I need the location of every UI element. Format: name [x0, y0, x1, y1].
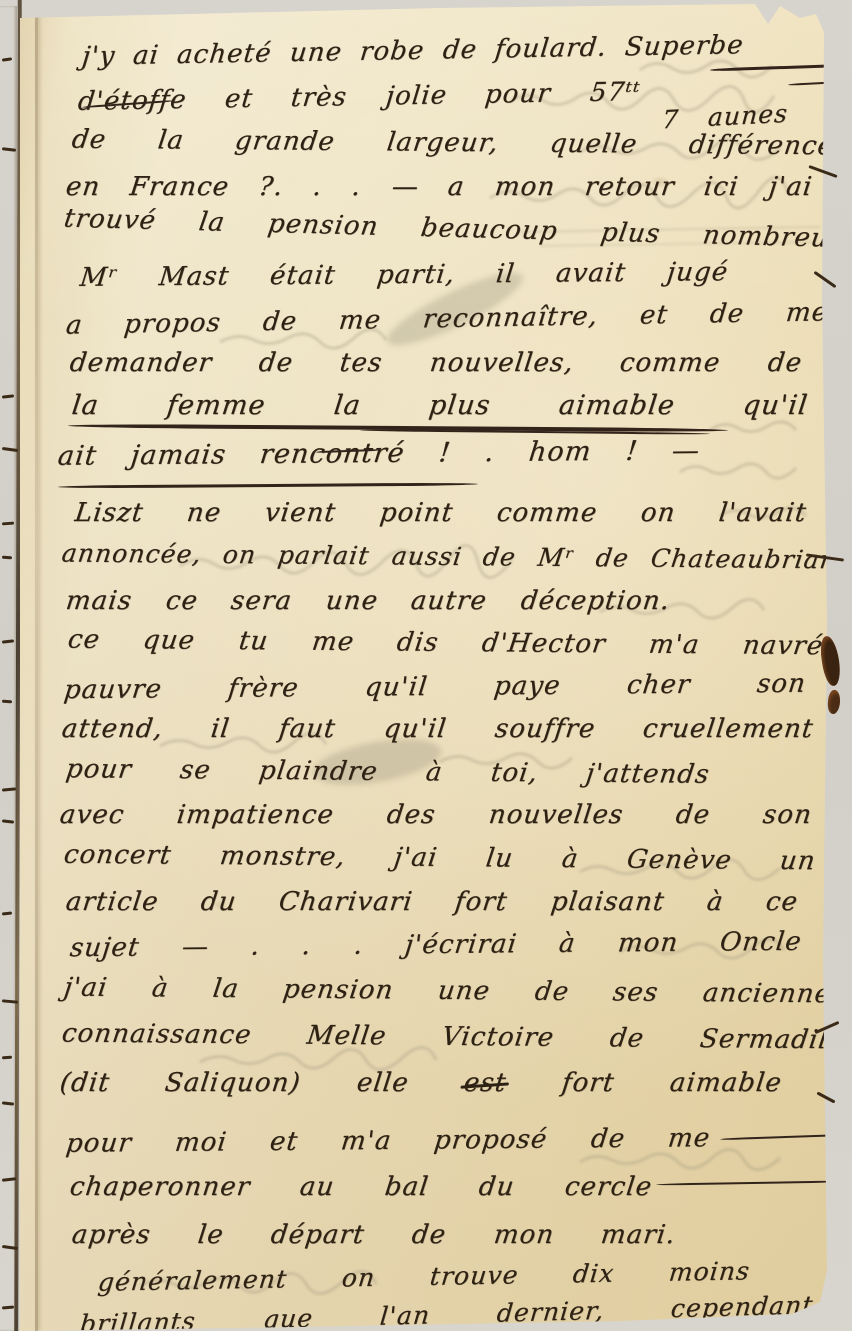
word: fort	[454, 887, 510, 917]
word: ce	[164, 586, 200, 616]
word: Superbe	[624, 30, 746, 62]
word: avec	[58, 800, 126, 830]
word: vient	[263, 498, 338, 528]
word: départ	[269, 1220, 366, 1250]
word: beaucoup	[419, 213, 560, 246]
word: pour	[64, 1128, 133, 1159]
word: moi	[173, 1127, 228, 1157]
word: trouve	[428, 1260, 520, 1291]
word: quelle	[548, 129, 639, 160]
word: navrée	[741, 631, 842, 662]
word: frère	[227, 673, 301, 704]
word: l'avait	[717, 498, 808, 528]
word: reconnaître,	[421, 301, 599, 334]
word: !	[624, 436, 639, 467]
word: et	[638, 300, 669, 331]
word: on	[221, 540, 258, 569]
word: Melle	[305, 1021, 388, 1052]
word: à	[150, 973, 171, 1003]
word: parlait	[276, 540, 371, 570]
manuscript-line: (ditSaliquon)elleestfortaimable	[60, 1068, 782, 1098]
manuscript-line: trouvélapensionbeaucoupplusnombreuse	[64, 204, 852, 255]
word: monstre,	[218, 841, 348, 872]
word: la	[197, 207, 227, 238]
manuscript-line: delagrandelargeur,quelledifférence	[72, 125, 834, 162]
word: plus	[598, 218, 662, 249]
manuscript-line: aitjamaisrencontré!.hom!—	[58, 435, 700, 472]
word: une	[436, 976, 492, 1006]
word: lu	[484, 843, 515, 873]
word: se	[178, 755, 213, 785]
word: cher	[625, 670, 692, 701]
word: Saliquon)	[164, 1068, 303, 1098]
word: anciennes	[701, 978, 848, 1009]
word: très	[290, 82, 349, 113]
word: m'a	[339, 1126, 393, 1156]
word: acheté	[176, 38, 274, 70]
word: de	[481, 542, 518, 571]
word: la	[211, 974, 241, 1004]
word: qu'il	[741, 390, 810, 421]
word: demander	[68, 348, 214, 378]
manuscript-line: enFrance?...—amonretouricij'ai	[66, 172, 812, 202]
word: Mʳ	[536, 543, 576, 572]
word: plaisant	[549, 887, 666, 917]
word: .	[249, 932, 262, 962]
word: .	[352, 931, 365, 961]
word: comme	[619, 348, 723, 378]
manuscript-line: articleduCharivarifortplaisantàce	[66, 887, 798, 917]
word: —	[390, 172, 421, 202]
word: mais	[64, 586, 134, 616]
manuscript-line: j'aiàlapensionunedesesanciennes	[64, 973, 846, 1010]
ink-underline	[788, 80, 852, 86]
word: Victoire	[440, 1022, 556, 1053]
word: le	[196, 1220, 226, 1250]
word: Mast	[157, 262, 231, 293]
word: retour	[583, 172, 676, 202]
word: cruellement	[642, 714, 816, 744]
manuscript-line: cequetumedisd'Hectorm'anavrée	[68, 625, 840, 662]
word: Mʳ	[78, 262, 119, 292]
word: —	[180, 932, 211, 962]
manuscript-line: aprèsledépartdemonmari.	[72, 1220, 676, 1250]
word: (dit	[58, 1068, 112, 1098]
word: de	[262, 307, 299, 338]
word: de	[608, 1023, 646, 1053]
word: .	[311, 172, 324, 202]
word: j'ai	[62, 973, 109, 1003]
word: du	[199, 887, 238, 917]
word: déception.	[519, 586, 672, 616]
word: a	[447, 172, 467, 202]
manuscript-line: maisceserauneautredéception.	[66, 586, 670, 616]
word: mari.	[599, 1220, 677, 1250]
word: de	[674, 800, 712, 830]
word: une	[289, 37, 344, 68]
word: j'attends	[584, 759, 712, 790]
word: de	[441, 35, 478, 66]
word: mon	[493, 172, 557, 202]
word: cependant	[670, 1290, 815, 1323]
word: chaperonner	[68, 1172, 252, 1202]
word: proposé	[432, 1125, 549, 1156]
manuscript-line: pauvrefrèrequ'ilpayecherson	[64, 669, 806, 705]
word: sera	[229, 586, 294, 616]
ink-underline	[656, 1180, 846, 1185]
word: mon	[492, 1220, 556, 1250]
word: pour	[484, 79, 553, 110]
word: .	[300, 931, 313, 961]
word: était	[268, 261, 337, 292]
word: a	[64, 310, 84, 340]
word: Liszt	[73, 498, 145, 528]
word: Chateaubriand	[649, 544, 852, 575]
word: me	[666, 1123, 712, 1153]
binding-wax-spot	[827, 689, 841, 714]
manuscript-line: pourseplaindreàtoi,j'attends	[66, 754, 710, 790]
word: cercle	[563, 1172, 654, 1202]
word: j'écrirai	[403, 929, 518, 960]
word: connaissance	[60, 1019, 254, 1051]
word: pour	[64, 754, 134, 785]
manuscript-line: attend,ilfautqu'ilsouffrecruellement	[62, 714, 814, 744]
word: aimable	[668, 1068, 784, 1098]
word: hom	[527, 436, 593, 468]
word: tu	[237, 626, 270, 656]
word: mon	[616, 928, 680, 959]
word: de	[70, 125, 108, 155]
word: ai	[132, 40, 161, 71]
word: qu'il	[364, 672, 430, 703]
word: de	[533, 977, 571, 1007]
word: me	[337, 305, 382, 336]
word: tes	[338, 348, 384, 378]
word: femme	[165, 390, 267, 421]
word: concert	[62, 840, 173, 871]
word: jamais	[129, 439, 228, 471]
manuscript-line: j'yaiachetéunerobedefoulard.Superbe	[82, 30, 744, 72]
manuscript-line: d'étoffeettrèsjoliepour57ᵗᵗ	[78, 77, 640, 117]
word: en	[64, 172, 102, 202]
word: aimable	[557, 390, 677, 421]
word: sujet	[68, 933, 141, 964]
word: la	[332, 390, 363, 421]
word: j'y	[80, 41, 116, 72]
ink-underline	[720, 1134, 852, 1141]
word: souffre	[493, 714, 597, 744]
word: aunes	[707, 99, 789, 132]
word: la	[156, 125, 186, 155]
word: différence	[687, 130, 836, 161]
manuscript-line: chaperonneraubalducercle	[70, 1172, 652, 1202]
word: il	[494, 259, 516, 289]
word: de	[766, 348, 804, 378]
word: nouvelles	[487, 800, 625, 830]
manuscript-line: demanderdetesnouvelles,commede	[70, 348, 802, 378]
word: la	[70, 390, 101, 421]
word: des	[385, 800, 437, 830]
word: me	[310, 627, 356, 657]
word: propos	[123, 308, 223, 340]
word: paye	[493, 671, 563, 702]
word: bal	[383, 1172, 430, 1202]
word: annoncée,	[60, 539, 204, 569]
word: !	[437, 437, 452, 468]
word: de	[410, 1220, 448, 1250]
word: me	[784, 297, 829, 328]
word: à	[560, 844, 581, 874]
word: plus	[427, 390, 492, 421]
word: comme	[495, 498, 599, 528]
manuscript-line: connaissanceMelleVictoiredeSermadille	[62, 1019, 852, 1056]
manuscript-line: annoncée,onparlaitaussideMʳdeChateaubria…	[62, 539, 852, 575]
word: pension	[266, 209, 381, 242]
word: que	[142, 625, 198, 655]
word: de	[708, 299, 745, 330]
word: ses	[612, 977, 661, 1007]
word: de	[589, 1124, 627, 1154]
word: aussi	[390, 541, 464, 571]
word: du	[477, 1172, 516, 1202]
word: à	[557, 929, 577, 959]
word: France	[128, 172, 231, 202]
word: trouvé	[62, 204, 158, 236]
word: moins	[667, 1256, 751, 1286]
word: attend,	[60, 714, 165, 744]
word: on	[340, 1263, 376, 1293]
manuscript-line: sujet—...j'écriraiàmonOncle	[70, 927, 802, 963]
word: d'Hector	[480, 628, 608, 659]
ink-underline	[710, 63, 852, 71]
word: j'ai	[767, 172, 814, 202]
word: faut	[277, 714, 337, 744]
manuscript-line: généralementontrouvedixmoins	[98, 1256, 750, 1296]
word: brillants	[79, 1307, 197, 1331]
word: son	[761, 800, 814, 830]
word: et	[268, 1127, 299, 1157]
word: jolie	[384, 80, 448, 111]
manuscript-line: 7aunes	[661, 99, 788, 135]
word: nombreuse	[701, 220, 852, 254]
handwriting-layer: j'yaiachetéunerobedefoulard.Superbed'éto…	[20, 0, 832, 1331]
word: on	[639, 498, 677, 528]
word: un	[778, 846, 818, 876]
word: plaindre	[257, 756, 380, 787]
word: article	[64, 887, 160, 917]
word: m'a	[647, 630, 702, 660]
word: 57ᵗᵗ	[588, 77, 641, 108]
word: rencontré	[259, 438, 407, 470]
photograph-background: j'yaiachetéunerobedefoulard.Superbed'éto…	[0, 0, 852, 1331]
word: au	[299, 1172, 337, 1202]
word: Genève	[625, 845, 734, 876]
word: impatience	[176, 800, 337, 830]
word: pension	[281, 975, 395, 1006]
word: grande	[233, 126, 337, 157]
word: point	[378, 498, 455, 528]
word: Charivari	[277, 887, 414, 917]
word: que	[261, 1303, 314, 1331]
word: ici	[702, 172, 740, 202]
manuscript-line: lafemmelaplusaimablequ'il	[72, 390, 808, 421]
word: —	[670, 435, 702, 466]
word: autre	[410, 586, 490, 616]
manuscript-line: avecimpatiencedesnouvellesdeson	[60, 800, 812, 830]
word: nouvelles,	[428, 348, 576, 378]
word: ne	[185, 498, 223, 528]
word: avait	[554, 258, 627, 289]
word: elle	[355, 1068, 410, 1098]
word: fort	[560, 1068, 616, 1098]
word: largeur,	[385, 127, 501, 158]
manuscript-line: MʳMastétaitparti,ilavaitjugé	[80, 257, 728, 293]
word: jugé	[665, 257, 730, 288]
word: dis	[395, 628, 441, 658]
word: parti,	[375, 260, 457, 291]
word: qu'il	[382, 714, 448, 744]
word: son	[755, 669, 807, 699]
word: ?.	[257, 172, 285, 202]
manuscript-line: aproposdemereconnaître,etdeme	[66, 297, 828, 340]
word: ce	[764, 887, 800, 917]
word: après	[70, 1220, 152, 1250]
word: à	[424, 757, 445, 787]
word: dernier,	[495, 1296, 605, 1328]
word: ce	[66, 625, 102, 655]
word: ait	[56, 440, 98, 471]
word: Oncle	[718, 927, 803, 958]
word: il	[210, 714, 233, 744]
manuscript-line: pourmoietm'aproposédeme	[66, 1123, 710, 1159]
word: .	[484, 437, 497, 468]
manuscript-line: brillantsquel'andernier,cependant	[80, 1290, 815, 1331]
word: .	[351, 172, 364, 202]
word: à	[705, 887, 725, 917]
word: robe	[359, 36, 427, 67]
word: pauvre	[62, 674, 163, 705]
manuscript-line: Lisztnevientpointcommeonl'avait	[75, 498, 807, 528]
word: de	[257, 348, 295, 378]
word: généralement	[97, 1264, 289, 1296]
word: dix	[571, 1259, 615, 1289]
word: Sermadille	[698, 1024, 852, 1055]
word: l'an	[378, 1300, 431, 1330]
word: et	[224, 84, 255, 115]
manuscript-line: concertmonstre,j'ailuàGenèveun	[64, 840, 816, 877]
letter-page: j'yaiachetéunerobedefoulard.Superbed'éto…	[20, 0, 832, 1331]
word: de	[594, 543, 631, 572]
word: foulard.	[494, 33, 609, 65]
word: j'ai	[392, 843, 439, 873]
word: une	[324, 586, 380, 616]
word: toi,	[489, 758, 540, 788]
ink-underline	[58, 483, 478, 489]
struck-word: est	[462, 1068, 508, 1098]
